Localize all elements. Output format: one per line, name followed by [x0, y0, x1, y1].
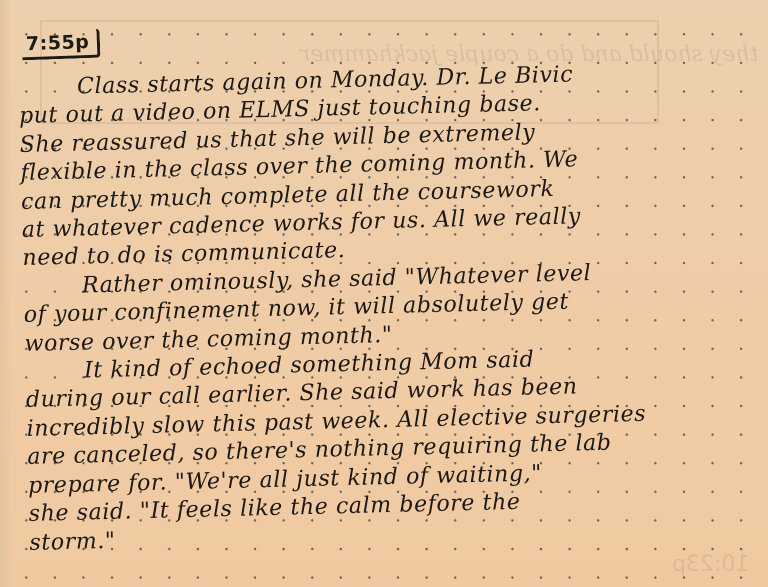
journal-text: Class starts again on Monday. Dr. Le Biv…: [18, 56, 768, 557]
entry-timestamp: 7:55p: [22, 29, 101, 61]
paragraph-class-update: Class starts again on Monday. Dr. Le Biv…: [18, 56, 768, 273]
paragraph-mom-call: It kind of echoed something Mom said dur…: [25, 340, 768, 557]
bleed-through-timestamp: 10:23p: [672, 552, 749, 577]
journal-page: they should and do a couple jackhammer 1…: [0, 0, 768, 587]
